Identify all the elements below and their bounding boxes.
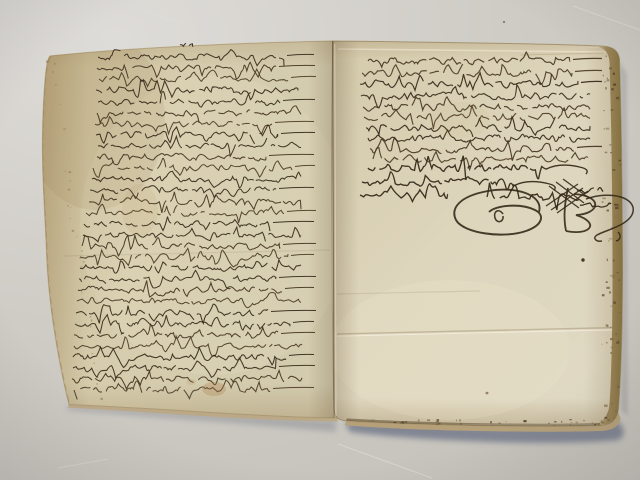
photo-vignette (0, 0, 640, 480)
manuscript-photograph: Photograph of an opened 17th-century han… (0, 0, 640, 480)
photo-canvas: Photograph of an opened 17th-century han… (0, 0, 640, 480)
